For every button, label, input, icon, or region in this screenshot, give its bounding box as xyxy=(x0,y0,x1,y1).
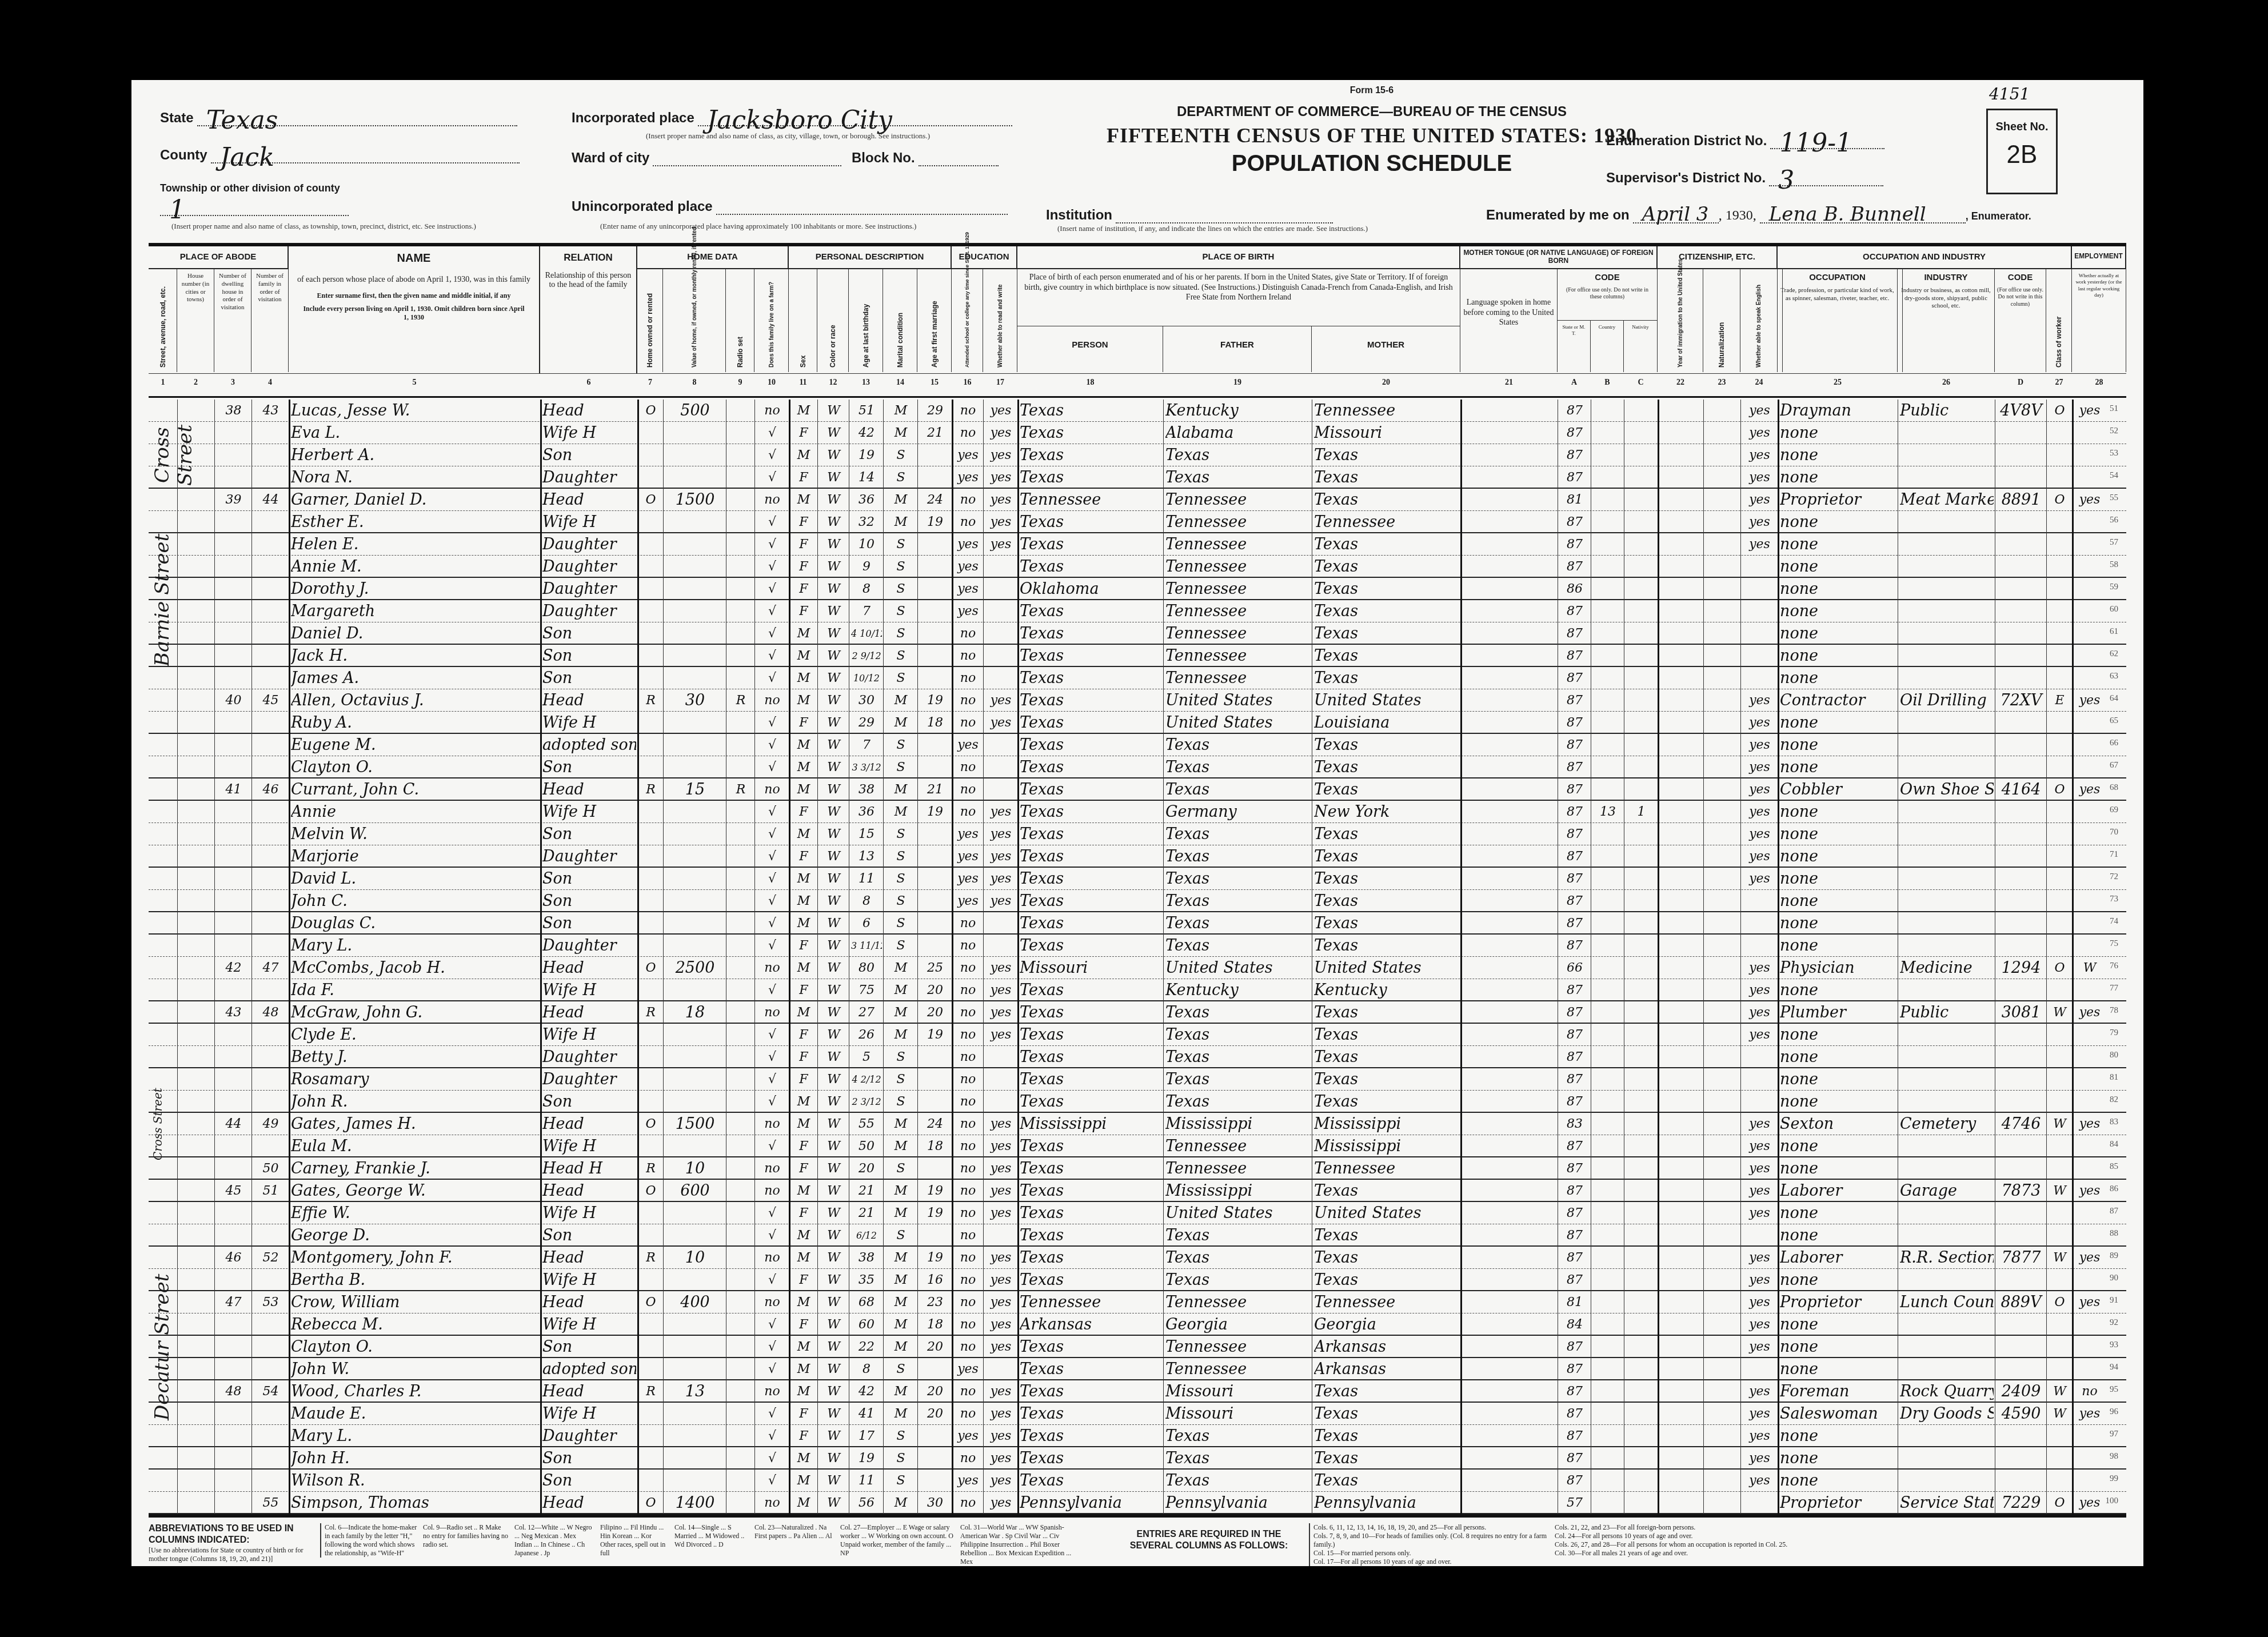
col-person: PERSON xyxy=(1017,326,1163,372)
cell-race: W xyxy=(820,824,848,845)
cell-english: yes xyxy=(1743,847,1776,867)
state-value: Texas xyxy=(206,106,278,135)
cell-radio xyxy=(728,1493,753,1514)
cell-natur xyxy=(1706,936,1739,956)
cell-school: no xyxy=(954,1448,982,1469)
cell-code-b xyxy=(1593,824,1623,845)
cell-immig xyxy=(1660,713,1702,733)
cell-age-marriage: 18 xyxy=(920,713,951,733)
cell-family: 46 xyxy=(254,780,288,800)
cell-at-work: yes xyxy=(2074,780,2105,800)
cell-race: W xyxy=(820,468,848,488)
cell-owned xyxy=(640,757,662,778)
cell-lang xyxy=(1463,847,1556,867)
cell-school: no xyxy=(954,1270,982,1291)
cell-read: yes xyxy=(985,512,1016,533)
cell-at-work xyxy=(2074,1359,2105,1380)
cell-lang xyxy=(1463,423,1556,444)
cell-english: yes xyxy=(1743,1292,1776,1313)
cell-dwelling xyxy=(217,891,250,912)
cell-race: W xyxy=(820,668,848,689)
cell-dwelling: 46 xyxy=(217,1248,250,1268)
cell-school: no xyxy=(954,958,982,979)
cell-father: Texas xyxy=(1165,445,1311,466)
cell-industry xyxy=(1900,847,1994,867)
cell-school: no xyxy=(954,1136,982,1157)
cell-race: W xyxy=(820,1404,848,1424)
cell-school: yes xyxy=(954,557,982,577)
cell-family xyxy=(254,1448,288,1469)
cell-read: yes xyxy=(985,1203,1016,1224)
cell-sex: F xyxy=(791,1047,816,1068)
cell-value: 1400 xyxy=(665,1493,725,1514)
cell-code-a: 87 xyxy=(1560,624,1590,644)
cell-race: W xyxy=(820,423,848,444)
cell-dwelling xyxy=(217,1270,250,1291)
cell-code-c xyxy=(1626,1270,1656,1291)
cell-age: 75 xyxy=(851,980,882,1001)
cell-name: Gates, James H. xyxy=(291,1114,539,1135)
cell-code-b xyxy=(1593,423,1623,444)
cell-sex: M xyxy=(791,1337,816,1357)
cell-dwelling xyxy=(217,601,250,622)
cell-english: yes xyxy=(1743,490,1776,510)
cell-family xyxy=(254,936,288,956)
cell-radio xyxy=(728,490,753,510)
cell-industry xyxy=(1900,802,1994,823)
cell-code-c xyxy=(1626,490,1656,510)
table-row: Clyde E.Wife H√FW26M19noyesTexasTexasTex… xyxy=(149,1024,2126,1046)
cell-name: Ruby A. xyxy=(291,713,539,733)
cell-age: 60 xyxy=(851,1315,882,1335)
cell-value: 500 xyxy=(665,401,725,421)
cell-house xyxy=(179,1069,213,1090)
cell-age-marriage xyxy=(920,757,951,778)
cell-name: Rosamary xyxy=(291,1069,539,1090)
cell-birth: Texas xyxy=(1020,1448,1162,1469)
column-rule xyxy=(952,400,953,1514)
cell-immig xyxy=(1660,847,1702,867)
table-row: Wilson R.Son√MW11SyesyesTexasTexasTexas8… xyxy=(149,1470,2126,1492)
cell-lang xyxy=(1463,445,1556,466)
cell-code-a: 87 xyxy=(1560,512,1590,533)
cell-age: 4 2/12 xyxy=(851,1069,882,1090)
cell-owned xyxy=(640,1426,662,1447)
cell-marital: M xyxy=(885,713,916,733)
cell-lang xyxy=(1463,1047,1556,1068)
cell-dwelling xyxy=(217,1203,250,1224)
cell-birth: Texas xyxy=(1020,401,1162,421)
table-row: John W.adopted son√MW8SyesTexasTennessee… xyxy=(149,1358,2126,1380)
cell-house xyxy=(179,624,213,644)
cell-code-a: 87 xyxy=(1560,1270,1590,1291)
cell-class xyxy=(2049,646,2071,666)
cell-age: 3 3/12 xyxy=(851,757,882,778)
cell-family xyxy=(254,891,288,912)
line-number: 86 xyxy=(2110,1184,2118,1194)
cell-lang xyxy=(1463,1225,1556,1246)
cell-family xyxy=(254,713,288,733)
cell-code-c xyxy=(1626,1315,1656,1335)
cell-radio xyxy=(728,401,753,421)
cell-code-b xyxy=(1593,468,1623,488)
col-sex: Sex xyxy=(789,269,817,372)
cell-code-a: 87 xyxy=(1560,1382,1590,1402)
table-row: Esther E.Wife H√FW32M19noyesTexasTenness… xyxy=(149,511,2126,533)
cell-marital: S xyxy=(885,445,916,466)
cell-occupation: none xyxy=(1780,1225,1896,1246)
cell-industry xyxy=(1900,913,1994,934)
cell-code-b xyxy=(1593,1047,1623,1068)
table-row: Annie M.Daughter√FW9SyesTexasTennesseeTe… xyxy=(149,556,2126,578)
cell-sex: F xyxy=(791,1159,816,1179)
cell-father: Texas xyxy=(1165,1069,1311,1090)
cell-age-marriage xyxy=(920,1092,951,1112)
cell-code-b xyxy=(1593,913,1623,934)
cell-farm: √ xyxy=(757,1069,788,1090)
cell-immig xyxy=(1660,980,1702,1001)
cell-school: yes xyxy=(954,847,982,867)
cell-value xyxy=(665,668,725,689)
cell-mother: Texas xyxy=(1314,601,1459,622)
cell-relation: Daughter xyxy=(542,534,636,555)
cell-race: W xyxy=(820,1181,848,1201)
cell-age-marriage: 20 xyxy=(920,1404,951,1424)
cell-code-c xyxy=(1626,1382,1656,1402)
cell-dwelling: 42 xyxy=(217,958,250,979)
cell-sex: F xyxy=(791,713,816,733)
cell-relation: Daughter xyxy=(542,601,636,622)
cell-house xyxy=(179,1359,213,1380)
cell-occupation: none xyxy=(1780,1426,1896,1447)
line-number: 82 xyxy=(2110,1095,2118,1105)
col-marital: Marital condition xyxy=(883,269,917,372)
column-number: 7 xyxy=(637,378,663,388)
cell-relation: Head xyxy=(542,1493,636,1514)
cell-family xyxy=(254,1203,288,1224)
cell-value xyxy=(665,1471,725,1491)
cell-code-b xyxy=(1593,757,1623,778)
cell-code-d xyxy=(1997,847,2045,867)
cell-school: no xyxy=(954,423,982,444)
table-row: 4753Crow, WilliamHeadO400noMW68M23noyesT… xyxy=(149,1291,2126,1313)
cell-name: Mary L. xyxy=(291,1426,539,1447)
cell-english xyxy=(1743,601,1776,622)
column-number-row: 123456789101112131415161718192021ABC2223… xyxy=(149,373,2126,396)
cell-marital: M xyxy=(885,1315,916,1335)
cell-owned: O xyxy=(640,1114,662,1135)
cell-race: W xyxy=(820,512,848,533)
cell-farm: no xyxy=(757,1493,788,1514)
cell-read xyxy=(985,646,1016,666)
cell-farm: no xyxy=(757,1003,788,1023)
cell-birth: Tennessee xyxy=(1020,490,1162,510)
cell-age: 11 xyxy=(851,1471,882,1491)
cell-natur xyxy=(1706,1382,1739,1402)
cell-race: W xyxy=(820,1315,848,1335)
cell-read: yes xyxy=(985,1315,1016,1335)
cell-farm: √ xyxy=(757,1225,788,1246)
cell-read xyxy=(985,624,1016,644)
cell-english: yes xyxy=(1743,423,1776,444)
cell-race: W xyxy=(820,913,848,934)
cell-school: yes xyxy=(954,735,982,756)
cell-birth: Texas xyxy=(1020,668,1162,689)
cell-code-d xyxy=(1997,980,2045,1001)
cell-family: 53 xyxy=(254,1292,288,1313)
cell-mother: Georgia xyxy=(1314,1315,1459,1335)
cell-name: John W. xyxy=(291,1359,539,1380)
cell-sex: M xyxy=(791,1003,816,1023)
cell-immig xyxy=(1660,1471,1702,1491)
cell-at-work: yes xyxy=(2074,401,2105,421)
table-row: Effie W.Wife H√FW21M19noyesTexasUnited S… xyxy=(149,1202,2126,1224)
cell-family xyxy=(254,534,288,555)
cell-relation: Son xyxy=(542,1337,636,1357)
cell-english xyxy=(1743,1069,1776,1090)
cell-lang xyxy=(1463,1292,1556,1313)
cell-birth: Texas xyxy=(1020,1136,1162,1157)
cell-value: 10 xyxy=(665,1248,725,1268)
cell-sex: F xyxy=(791,579,816,600)
cell-radio xyxy=(728,1337,753,1357)
cell-at-work xyxy=(2074,668,2105,689)
cell-at-work xyxy=(2074,512,2105,533)
cell-at-work: yes xyxy=(2074,490,2105,510)
table-row: Maude E.Wife H√FW41M20noyesTexasMissouri… xyxy=(149,1403,2126,1425)
cell-occupation: none xyxy=(1780,1359,1896,1380)
cell-value: 1500 xyxy=(665,1114,725,1135)
cell-code-a: 87 xyxy=(1560,1448,1590,1469)
column-number: 21 xyxy=(1460,378,1558,388)
cell-read xyxy=(985,1359,1016,1380)
cell-father: Tennessee xyxy=(1165,490,1311,510)
table-row: James A.Son√MW10/12SnoTexasTennesseeTexa… xyxy=(149,667,2126,689)
cell-race: W xyxy=(820,557,848,577)
cell-occupation: Laborer xyxy=(1780,1181,1896,1201)
cell-farm: no xyxy=(757,780,788,800)
cell-father: Missouri xyxy=(1165,1404,1311,1424)
cell-at-work xyxy=(2074,646,2105,666)
cell-natur xyxy=(1706,490,1739,510)
cell-read xyxy=(985,601,1016,622)
cell-english xyxy=(1743,668,1776,689)
cell-dwelling xyxy=(217,624,250,644)
cell-natur xyxy=(1706,847,1739,867)
cell-industry xyxy=(1900,1315,1994,1335)
cell-value xyxy=(665,624,725,644)
cell-class xyxy=(2049,624,2071,644)
cell-english: yes xyxy=(1743,445,1776,466)
column-rule xyxy=(1163,400,1164,1514)
cell-birth: Texas xyxy=(1020,690,1162,711)
cell-owned xyxy=(640,847,662,867)
cell-code-a: 87 xyxy=(1560,1047,1590,1068)
cell-value xyxy=(665,869,725,889)
cell-read: yes xyxy=(985,1025,1016,1045)
cell-occupation: none xyxy=(1780,735,1896,756)
line-number: 90 xyxy=(2110,1273,2118,1283)
cell-code-d xyxy=(1997,757,2045,778)
cell-lang xyxy=(1463,1003,1556,1023)
cell-english: yes xyxy=(1743,802,1776,823)
line-number: 62 xyxy=(2110,649,2118,659)
cell-industry: Cemetery xyxy=(1900,1114,1994,1135)
cell-radio xyxy=(728,802,753,823)
cell-father: Texas xyxy=(1165,824,1311,845)
cell-family xyxy=(254,1069,288,1090)
cell-industry xyxy=(1900,601,1994,622)
cell-owned xyxy=(640,1448,662,1469)
cell-mother: Texas xyxy=(1314,1025,1459,1045)
cell-occupation: none xyxy=(1780,1270,1896,1291)
cell-occupation: none xyxy=(1780,1069,1896,1090)
cell-name: George D. xyxy=(291,1225,539,1246)
cell-value: 2500 xyxy=(665,958,725,979)
cell-relation: Wife H xyxy=(542,1136,636,1157)
cell-natur xyxy=(1706,1047,1739,1068)
cell-relation: Daughter xyxy=(542,468,636,488)
cell-mother: Texas xyxy=(1314,1092,1459,1112)
cell-house xyxy=(179,668,213,689)
line-number: 79 xyxy=(2110,1028,2118,1038)
cell-name: Lucas, Jesse W. xyxy=(291,401,539,421)
cell-age-marriage xyxy=(920,1225,951,1246)
line-number: 64 xyxy=(2110,694,2118,704)
cell-natur xyxy=(1706,468,1739,488)
cell-immig xyxy=(1660,1270,1702,1291)
cell-dwelling xyxy=(217,668,250,689)
cell-sex: M xyxy=(791,780,816,800)
cell-race: W xyxy=(820,802,848,823)
cell-code-c xyxy=(1626,423,1656,444)
cell-relation: Wife H xyxy=(542,512,636,533)
cell-lang xyxy=(1463,891,1556,912)
cell-at-work: yes xyxy=(2074,1493,2105,1514)
cell-father: Texas xyxy=(1165,1248,1311,1268)
cell-mother: Texas xyxy=(1314,1426,1459,1447)
cell-sex: M xyxy=(791,1181,816,1201)
cell-english: yes xyxy=(1743,735,1776,756)
cell-farm: √ xyxy=(757,512,788,533)
form-number: Form 15-6 xyxy=(1103,86,1640,96)
table-row: Dorothy J.Daughter√FW8SyesOklahomaTennes… xyxy=(149,578,2126,600)
cell-lang xyxy=(1463,780,1556,800)
group-place-of-abode: PLACE OF ABODE xyxy=(149,246,289,269)
cell-code-a: 87 xyxy=(1560,713,1590,733)
cell-school: no xyxy=(954,1003,982,1023)
cell-code-c xyxy=(1626,512,1656,533)
cell-father: Mississippi xyxy=(1165,1114,1311,1135)
cell-natur xyxy=(1706,958,1739,979)
cell-radio xyxy=(728,1181,753,1201)
cell-name: Carney, Frankie J. xyxy=(291,1159,539,1179)
cell-farm: √ xyxy=(757,534,788,555)
table-row: Clayton O.Son√MW3 3/12SnoTexasTexasTexas… xyxy=(149,756,2126,778)
cell-read xyxy=(985,735,1016,756)
cell-class xyxy=(2049,601,2071,622)
ward-field: Ward of city xyxy=(572,146,841,166)
cell-house xyxy=(179,579,213,600)
cell-age: 42 xyxy=(851,1382,882,1402)
cell-father: Georgia xyxy=(1165,1315,1311,1335)
column-number: 2 xyxy=(177,378,214,388)
line-number: 73 xyxy=(2110,895,2118,904)
cell-name: Rebecca M. xyxy=(291,1315,539,1335)
cell-code-a: 84 xyxy=(1560,1315,1590,1335)
cell-owned: R xyxy=(640,1248,662,1268)
cell-relation: Son xyxy=(542,824,636,845)
cell-occupation: none xyxy=(1780,1315,1896,1335)
cell-lang xyxy=(1463,869,1556,889)
cell-name: Wood, Charles P. xyxy=(291,1382,539,1402)
cell-marital: S xyxy=(885,891,916,912)
table-row: 4652Montgomery, John F.HeadR10noMW38M19n… xyxy=(149,1247,2126,1269)
cell-race: W xyxy=(820,1159,848,1179)
cell-dwelling xyxy=(217,757,250,778)
cell-code-a: 57 xyxy=(1560,1493,1590,1514)
cell-immig xyxy=(1660,601,1702,622)
cell-name: McGraw, John G. xyxy=(291,1003,539,1023)
cell-industry xyxy=(1900,713,1994,733)
column-number: A xyxy=(1558,378,1591,388)
line-number: 89 xyxy=(2110,1251,2118,1261)
cell-house xyxy=(179,490,213,510)
cell-lang xyxy=(1463,624,1556,644)
cell-family: 54 xyxy=(254,1382,288,1402)
census-title: FIFTEENTH CENSUS OF THE UNITED STATES: 1… xyxy=(1103,123,1640,147)
cell-lang xyxy=(1463,713,1556,733)
cell-class xyxy=(2049,1092,2071,1112)
cell-at-work xyxy=(2074,1047,2105,1068)
cell-farm: √ xyxy=(757,824,788,845)
cell-owned xyxy=(640,1471,662,1491)
cell-farm: no xyxy=(757,490,788,510)
cell-farm: √ xyxy=(757,1359,788,1380)
cell-value xyxy=(665,423,725,444)
cell-code-b xyxy=(1593,1448,1623,1469)
cell-name: Allen, Octavius J. xyxy=(291,690,539,711)
table-row: 4348McGraw, John G.HeadR18noMW27M20noyes… xyxy=(149,1001,2126,1024)
col-value: Value of home, if owned, or monthly rent… xyxy=(663,269,726,372)
cell-radio xyxy=(728,512,753,533)
cell-occupation: none xyxy=(1780,713,1896,733)
place-of-birth-desc: Place of birth of each person enumerated… xyxy=(1017,269,1460,326)
cell-code-b xyxy=(1593,980,1623,1001)
cell-code-a: 87 xyxy=(1560,891,1590,912)
cell-age-marriage: 20 xyxy=(920,1337,951,1357)
cell-code-c xyxy=(1626,690,1656,711)
table-row: 3944Garner, Daniel D.HeadO1500noMW36M24n… xyxy=(149,489,2126,511)
cell-relation: Head xyxy=(542,401,636,421)
cell-occupation: none xyxy=(1780,936,1896,956)
cell-class: O xyxy=(2049,1493,2071,1514)
cell-code-d xyxy=(1997,1092,2045,1112)
column-number: 3 xyxy=(214,378,251,388)
cell-father: Tennessee xyxy=(1165,624,1311,644)
cell-school: no xyxy=(954,512,982,533)
cell-house xyxy=(179,1382,213,1402)
cell-house xyxy=(179,1159,213,1179)
cell-code-b xyxy=(1593,601,1623,622)
cell-race: W xyxy=(820,891,848,912)
cell-english: yes xyxy=(1743,1203,1776,1224)
cell-birth: Texas xyxy=(1020,891,1162,912)
cell-name: McCombs, Jacob H. xyxy=(291,958,539,979)
unincorporated-note: (Enter name of any unincorporated place … xyxy=(600,222,916,231)
cell-industry: Service Station xyxy=(1900,1493,1994,1514)
cell-code-d xyxy=(1997,1047,2045,1068)
